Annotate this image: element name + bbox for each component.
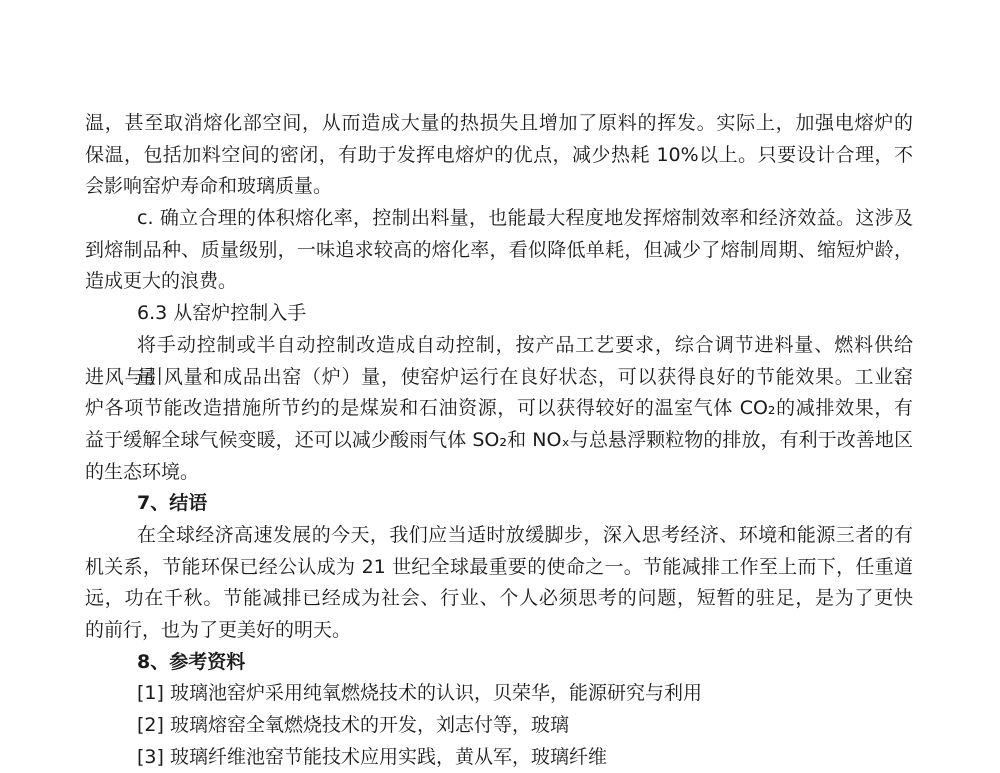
text-line: 保温，包括加料空间的密闭，有助于发挥电熔炉的优点，减少热耗 10%以上。只要设计…: [85, 140, 913, 172]
text-line: 在全球经济高速发展的今天，我们应当适时放缓脚步，深入思考经济、环境和能源三者的有: [85, 520, 913, 552]
text-line: 进风与引风量和成品出窑（炉）量，使窑炉运行在良好状态，可以获得良好的节能效果。工…: [85, 362, 913, 394]
text-line: c. 确立合理的体积熔化率，控制出料量，也能最大程度地发挥熔制效率和经济效益。这…: [85, 203, 913, 235]
text-line: 到熔制品种、质量级别，一味追求较高的熔化率，看似降低单耗，但减少了熔制周期、缩短…: [85, 235, 913, 267]
section-heading: 6.3 从窑炉控制入手: [85, 298, 913, 330]
reference-item: [2] 玻璃熔窑全氧燃烧技术的开发，刘志付等，玻璃: [85, 710, 913, 742]
text-line: 机关系，节能环保已经公认成为 21 世纪全球最重要的使命之一。节能减排工作至上而…: [85, 552, 913, 584]
text-line: 炉各项节能改造措施所节约的是煤炭和石油资源，可以获得较好的温室气体 CO₂的减排…: [85, 393, 913, 425]
reference-item: [3] 玻璃纤维池窑节能技术应用实践，黄从军，玻璃纤维: [85, 742, 913, 760]
text-line: 的生态环境。: [85, 457, 913, 489]
text-line: 的前行，也为了更美好的明天。: [85, 615, 913, 647]
text-line: 温，甚至取消熔化部空间，从而造成大量的热损失且增加了原料的挥发。实际上，加强电熔…: [85, 108, 913, 140]
text-line: 远，功在千秋。节能减排已经成为社会、行业、个人必须思考的问题，短暂的驻足，是为了…: [85, 583, 913, 615]
scanned-document-page: 温，甚至取消熔化部空间，从而造成大量的热损失且增加了原料的挥发。实际上，加强电熔…: [0, 0, 1000, 760]
reference-item: [1] 玻璃池窑炉采用纯氧燃烧技术的认识，贝荣华，能源研究与利用: [85, 678, 913, 710]
section-heading: 8、参考资料: [85, 647, 913, 679]
text-line: 益于缓解全球气候变暖，还可以减少酸雨气体 SO₂和 NOₓ与总悬浮颗粒物的排放，…: [85, 425, 913, 457]
text-line: 将手动控制或半自动控制改造成自动控制，按产品工艺要求，综合调节进料量、燃料供给量…: [85, 330, 913, 362]
section-heading: 7、结语: [85, 488, 913, 520]
text-line: 造成更大的浪费。: [85, 266, 913, 298]
document-text: 温，甚至取消熔化部空间，从而造成大量的热损失且增加了原料的挥发。实际上，加强电熔…: [85, 108, 913, 760]
text-line: 会影响窑炉寿命和玻璃质量。: [85, 171, 913, 203]
